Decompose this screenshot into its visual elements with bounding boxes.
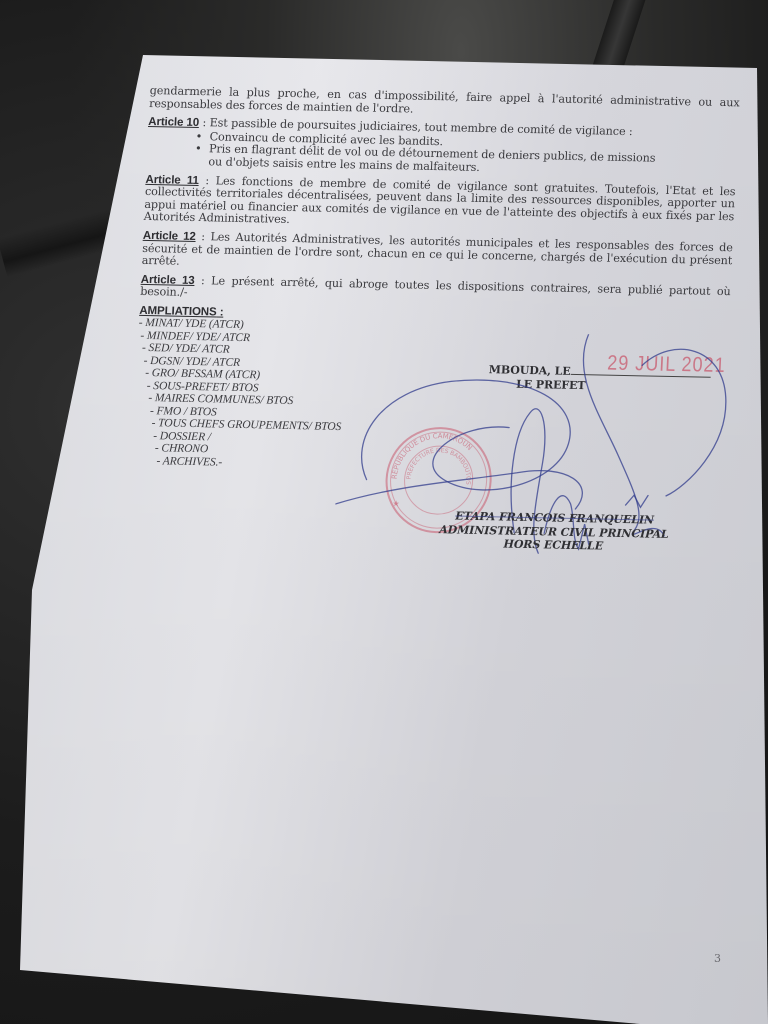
date-stamp: 29 JUIL 2021 [607,356,726,373]
ampliations-title: AMPLIATIONS [139,305,217,319]
svg-text:★: ★ [392,499,399,508]
signatory-title: LE PREFET [516,379,586,393]
article-text: Les Autorités Administratives, les autor… [141,230,733,268]
article-text: Les fonctions de membre de comité de vig… [143,174,735,226]
signatory-block: ETAPA FRANCOIS FRANQUELIN ADMINISTRATEUR… [438,509,669,554]
svg-text:PREFECTURE DES BAMBOUTOS: PREFECTURE DES BAMBOUTOS [405,446,473,485]
document-page: gendarmerie la plus proche, en cas d'imp… [132,85,740,479]
place-label: MBOUDA, LE [489,363,571,378]
article-10: Article 10 : Est passible de poursuites … [146,116,738,180]
page-number: 3 [714,952,721,965]
article-13: Article 13 : Le présent arrêté, qui abro… [140,274,731,312]
photo-scene: gendarmerie la plus proche, en cas d'imp… [0,0,768,1024]
article-label: Article 10 [148,116,199,129]
bullet-icon: • [195,143,202,156]
article-11: Article 11 : Les fonctions de membre de … [143,173,735,236]
article-12: Article 12 : Les Autorités Administrativ… [141,230,733,280]
